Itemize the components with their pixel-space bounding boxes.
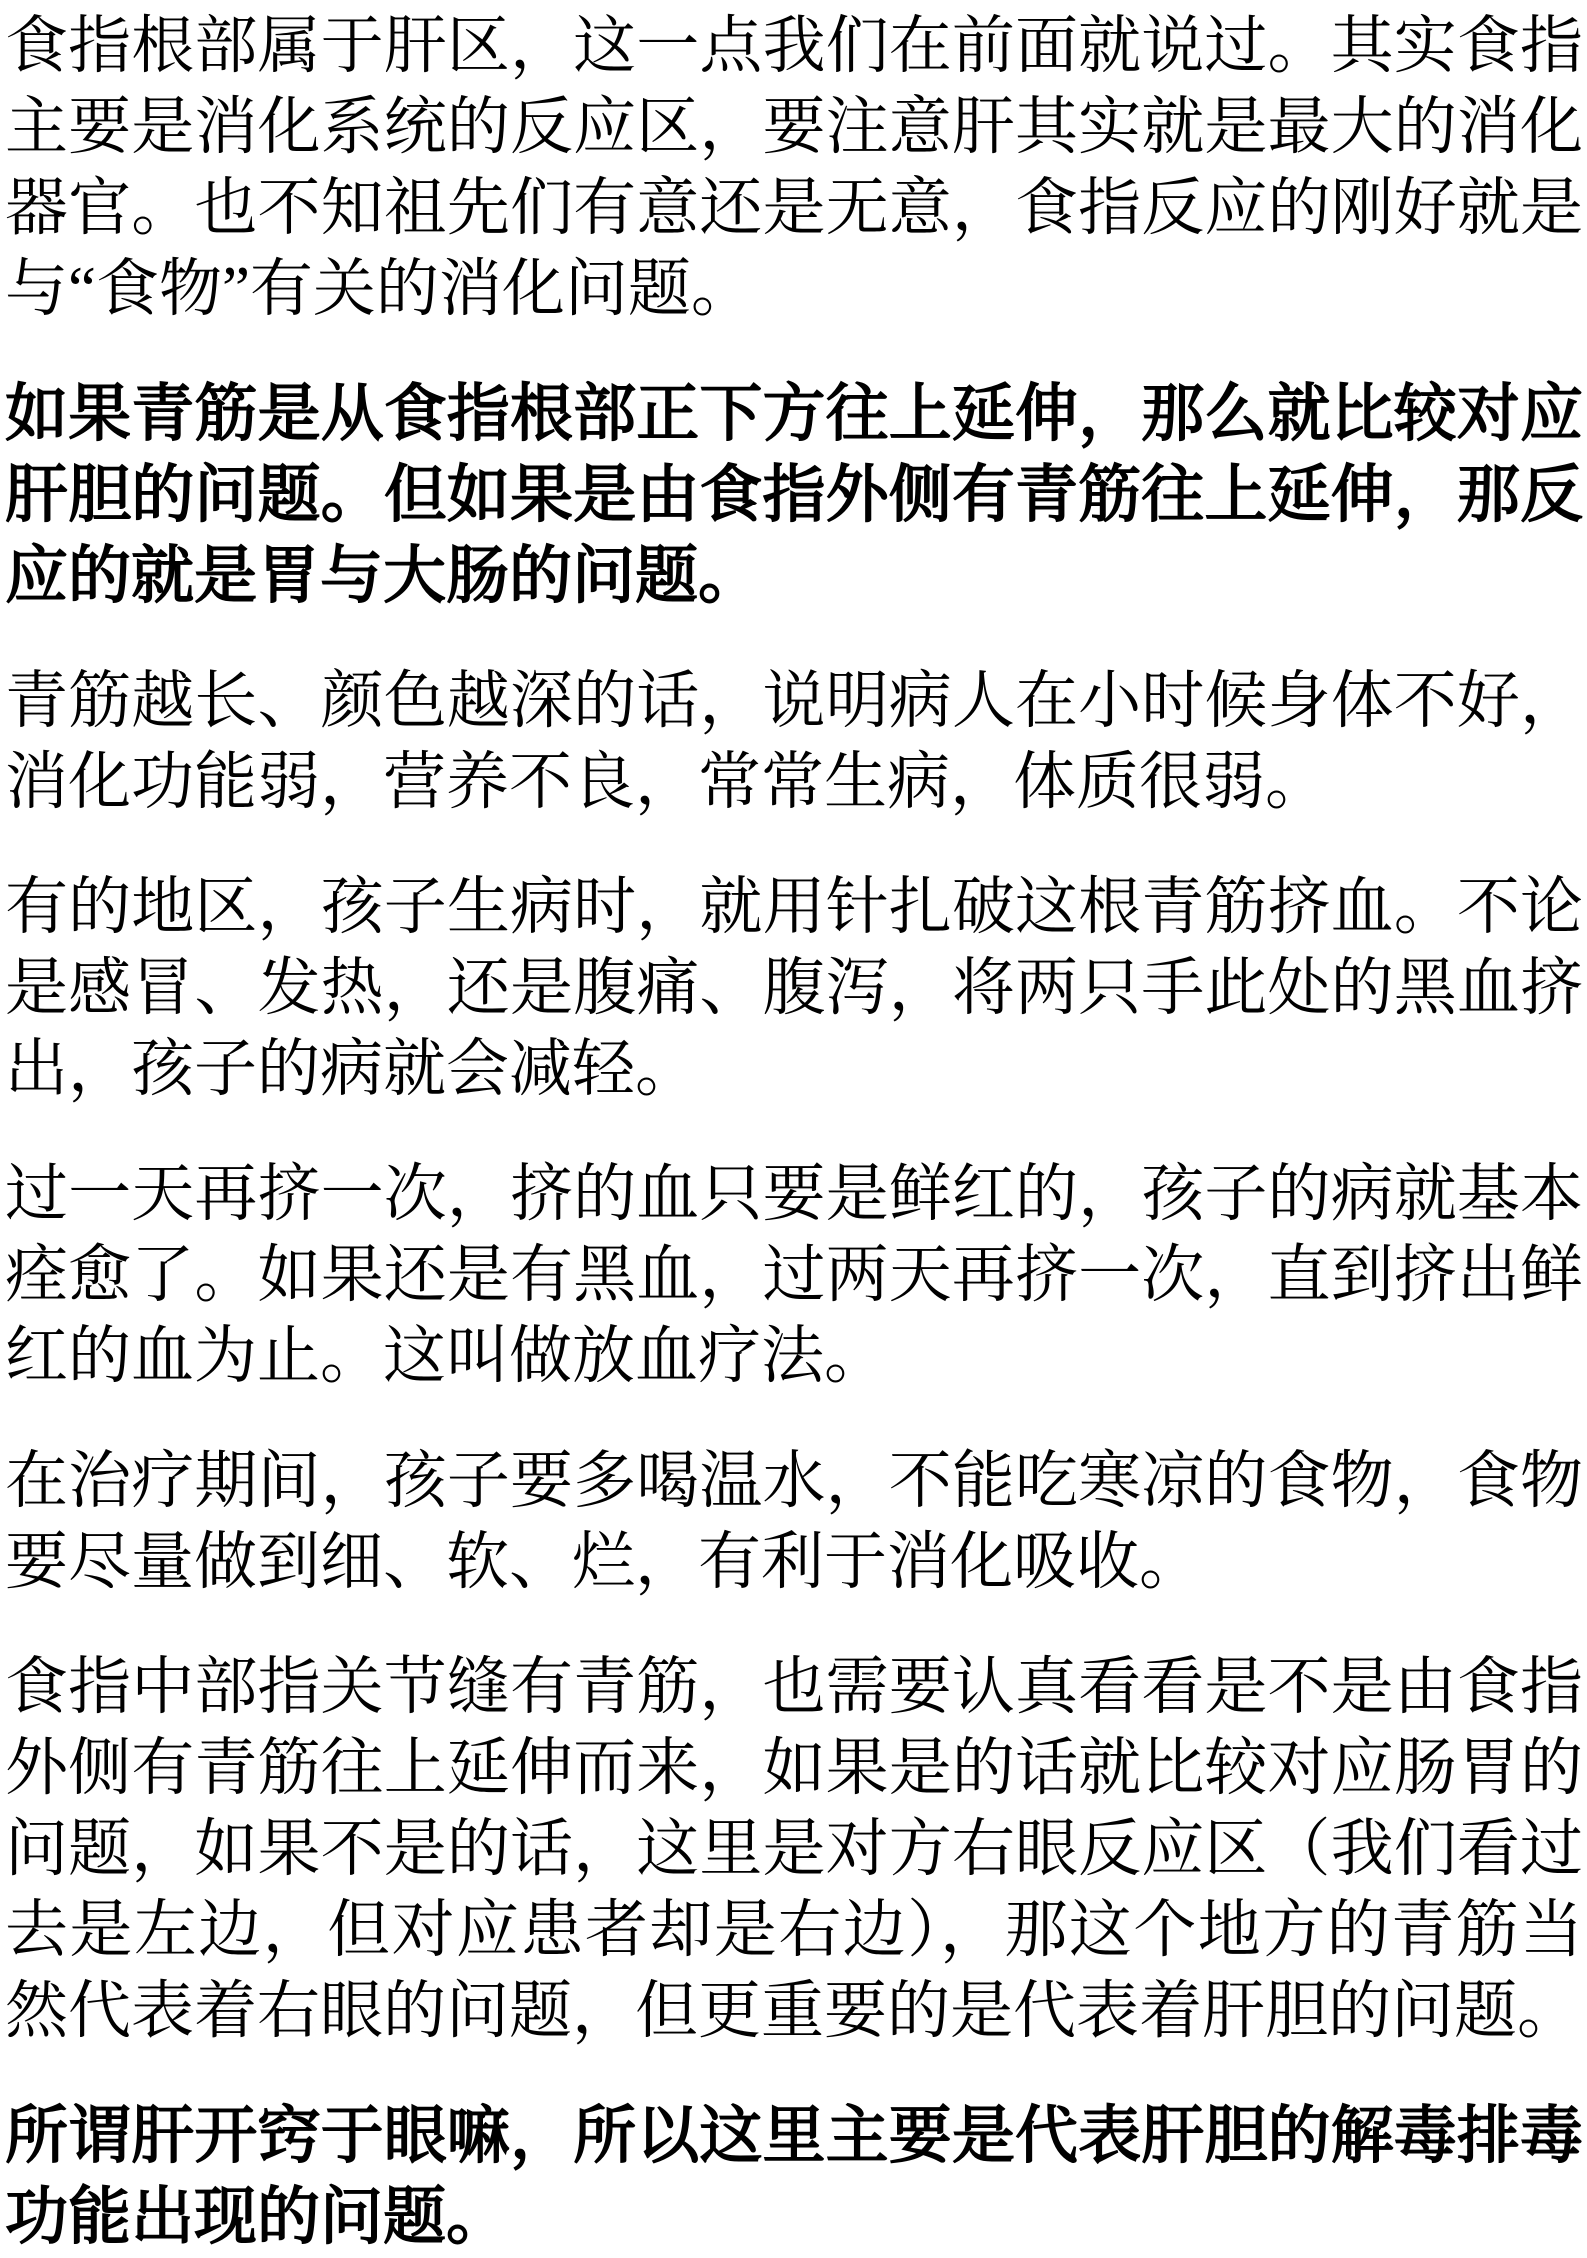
paragraph-vein-length-color: 青筋越长、颜色越深的话，说明病人在小时候身体不好，消化功能弱，营养不良，常常生病… (5, 661, 1583, 823)
paragraph-index-finger-liver-zone: 食指根部属于肝区，这一点我们在前面就说过。其实食指主要是消化系统的反应区，要注意… (5, 6, 1583, 330)
paragraph-regional-practice: 有的地区，孩子生病时，就用针扎破这根青筋挤血。不论是感冒、发热，还是腹痛、腹泻，… (5, 867, 1583, 1110)
paragraph-bloodletting-repeat: 过一天再挤一次，挤的血只要是鲜红的，孩子的病就基本痊愈了。如果还是有黑血，过两天… (5, 1154, 1583, 1397)
paragraph-vein-direction-bold: 如果青筋是从食指根部正下方往上延伸，那么就比较对应肝胆的问题。但如果是由食指外侧… (5, 374, 1583, 617)
paragraph-middle-joint-right-eye: 食指中部指关节缝有青筋，也需要认真看看是不是由食指外侧有青筋往上延伸而来，如果是… (5, 1647, 1583, 2052)
document-page: 食指根部属于肝区，这一点我们在前面就说过。其实食指主要是消化系统的反应区，要注意… (5, 6, 1583, 2258)
paragraph-treatment-diet: 在治疗期间，孩子要多喝温水，不能吃寒凉的食物，食物要尽量做到细、软、烂，有利于消… (5, 1441, 1583, 1603)
paragraph-liver-eye-detox-bold: 所谓肝开窍于眼嘛，所以这里主要是代表肝胆的解毒排毒功能出现的问题。 (5, 2096, 1583, 2258)
